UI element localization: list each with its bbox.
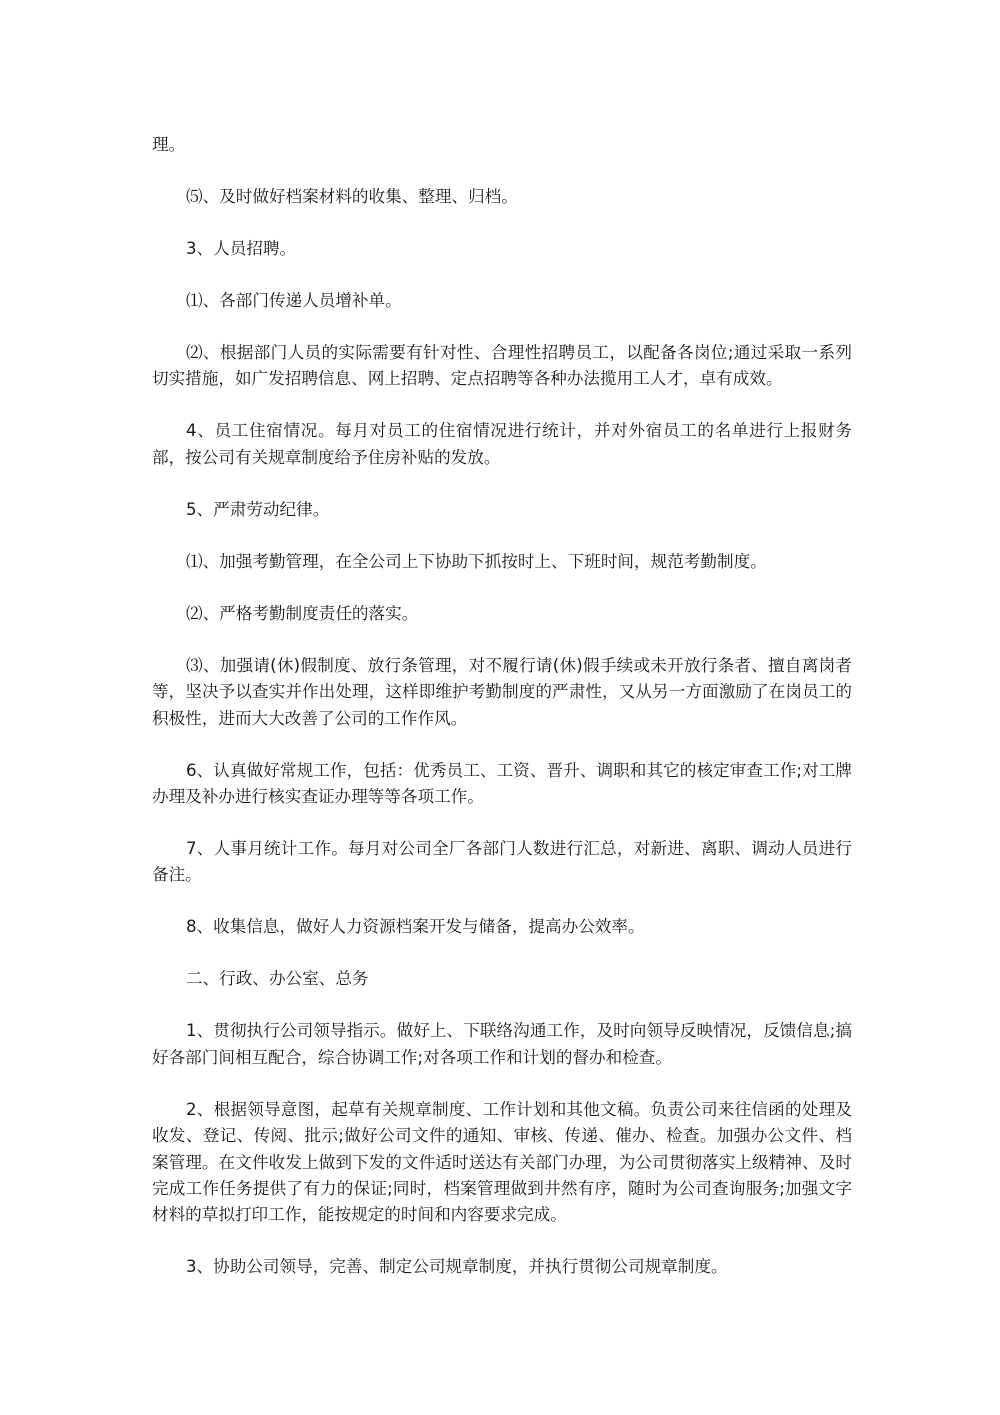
paragraph-information-collection: 8、收集信息，做好人力资源档案开发与储备，提高办公效率。 [152, 914, 852, 940]
heading-administration: 二、行政、办公室、总务 [152, 966, 852, 992]
paragraph-leave-management: ⑶、加强请(休)假制度、放行条管理，对不履行请(休)假手续或未开放行条者、擅自离… [152, 653, 852, 732]
paragraph-attendance-responsibility: ⑵、严格考勤制度责任的落实。 [152, 601, 852, 627]
paragraph-monthly-statistics: 7、人事月统计工作。每月对公司全厂各部门人数进行汇总，对新进、离职、调动人员进行… [152, 836, 852, 889]
paragraph-regulations: 3、协助公司领导，完善、制定公司规章制度，并执行贯彻公司规章制度。 [152, 1254, 852, 1280]
paragraph-leadership-directives: 1、贯彻执行公司领导指示。做好上、下联络沟通工作，及时向领导反映情况，反馈信息;… [152, 1018, 852, 1071]
heading-recruitment: 3、人员招聘。 [152, 236, 852, 262]
paragraph-staffing-request: ⑴、各部门传递人员增补单。 [152, 288, 852, 314]
paragraph-routine-work: 6、认真做好常规工作，包括：优秀员工、工资、晋升、调职和其它的核定审查工作;对工… [152, 758, 852, 811]
paragraph-recruitment-measures: ⑵、根据部门人员的实际需要有针对性、合理性招聘员工，以配备各岗位;通过采取一系列… [152, 340, 852, 393]
paragraph-archive-filing: ⑸、及时做好档案材料的收集、整理、归档。 [152, 184, 852, 210]
document-page: 理。 ⑸、及时做好档案材料的收集、整理、归档。 3、人员招聘。 ⑴、各部门传递人… [152, 132, 852, 1306]
paragraph-continuation: 理。 [152, 132, 852, 158]
heading-labor-discipline: 5、严肃劳动纪律。 [152, 497, 852, 523]
paragraph-accommodation: 4、员工住宿情况。每月对员工的住宿情况进行统计，并对外宿员工的名单进行上报财务部… [152, 418, 852, 471]
paragraph-attendance-management: ⑴、加强考勤管理，在全公司上下协助下抓按时上、下班时间，规范考勤制度。 [152, 549, 852, 575]
paragraph-document-drafting: 2、根据领导意图，起草有关规章制度、工作计划和其他文稿。负责公司来往信函的处理及… [152, 1097, 852, 1229]
